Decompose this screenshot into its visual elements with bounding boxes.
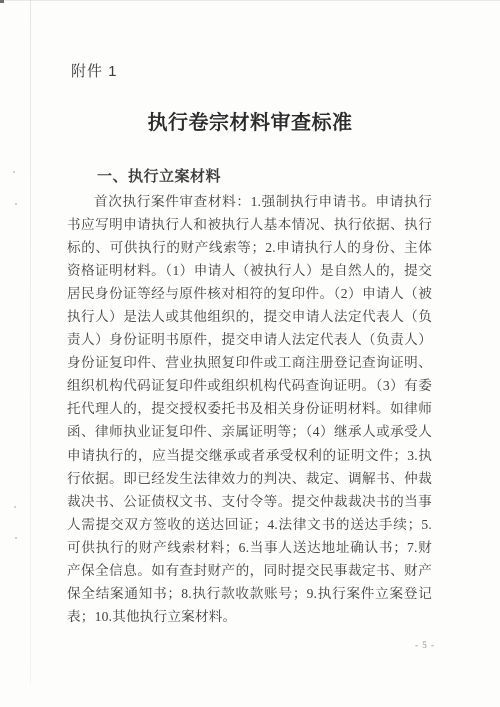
body-line: 身份证复印件、营业执照复印件或工商注册登记查询证明、 [67,351,432,374]
scan-speck [15,537,17,539]
body-paragraph: 首次执行案件审查材料：1.强制执行申请书。申请执行 书应写明申请执行人和被执行人… [67,190,432,628]
body-line: 保全结案通知书；8.执行款收款账号；9.执行案件立案登记 [67,582,432,605]
body-line: 首次执行案件审查材料：1.强制执行申请书。申请执行 [67,190,432,213]
body-line: 标的、可供执行的财产线索等；2.申请执行人的身份、主体 [67,236,432,259]
page-title: 执行卷宗材料审查标准 [0,106,500,135]
body-line: 居民身份证等经与原件核对相符的复印件。（2）申请人（被 [67,282,432,305]
page-number: - 5 - [405,640,445,650]
scan-speck [14,506,16,508]
body-line: 函、律师执业证复印件、亲属证明等；（4）继承人或承受人 [67,420,432,443]
scan-artifact-vertical-line [30,0,31,684]
scan-artifact-corner-speck [0,0,4,3]
body-line: 责人）身份证明书原件，提交申请人法定代表人（负责人） [67,328,432,351]
attachment-label: 附件 1 [71,60,118,81]
body-line: 执行人）是法人或其他组织的，提交申请人法定代表人（负 [67,305,432,328]
body-line: 人需提交双方签收的送达回证；4.法律文书的送达手续；5. [67,513,432,536]
body-line: 组织机构代码证复印件或组织机构代码查询证明。（3）有委 [67,374,432,397]
section-heading: 一、执行立案材料 [97,165,221,186]
body-line: 书应写明申请执行人和被执行人基本情况、执行依据、执行 [67,213,432,236]
body-line: 可供执行的财产线索材料；6.当事人送达地址确认书；7.财 [67,536,432,559]
body-line: 资格证明材料。（1）申请人（被执行人）是自然人的，提交 [67,259,432,282]
body-line: 行依据。即已经发生法律效力的判决、裁定、调解书、仲裁 [67,467,432,490]
body-line: 申请执行的，应当提交继承或者承受权利的证明文件；3.执 [67,444,432,467]
scan-artifact-top-line [0,0,500,1]
body-line: 表；10.其他执行立案材料。 [67,605,432,628]
body-line: 裁决书、公证债权文书、支付令等。提交仲裁裁决书的当事 [67,490,432,513]
body-line: 托代理人的，提交授权委托书及相关身份证明材料。如律师 [67,397,432,420]
scan-speck [15,203,17,205]
document-page: 附件 1 执行卷宗材料审查标准 一、执行立案材料 首次执行案件审查材料：1.强制… [0,0,500,707]
scan-speck [13,171,15,173]
body-line: 产保全信息。如有查封财产的，同时提交民事裁定书、财产 [67,559,432,582]
